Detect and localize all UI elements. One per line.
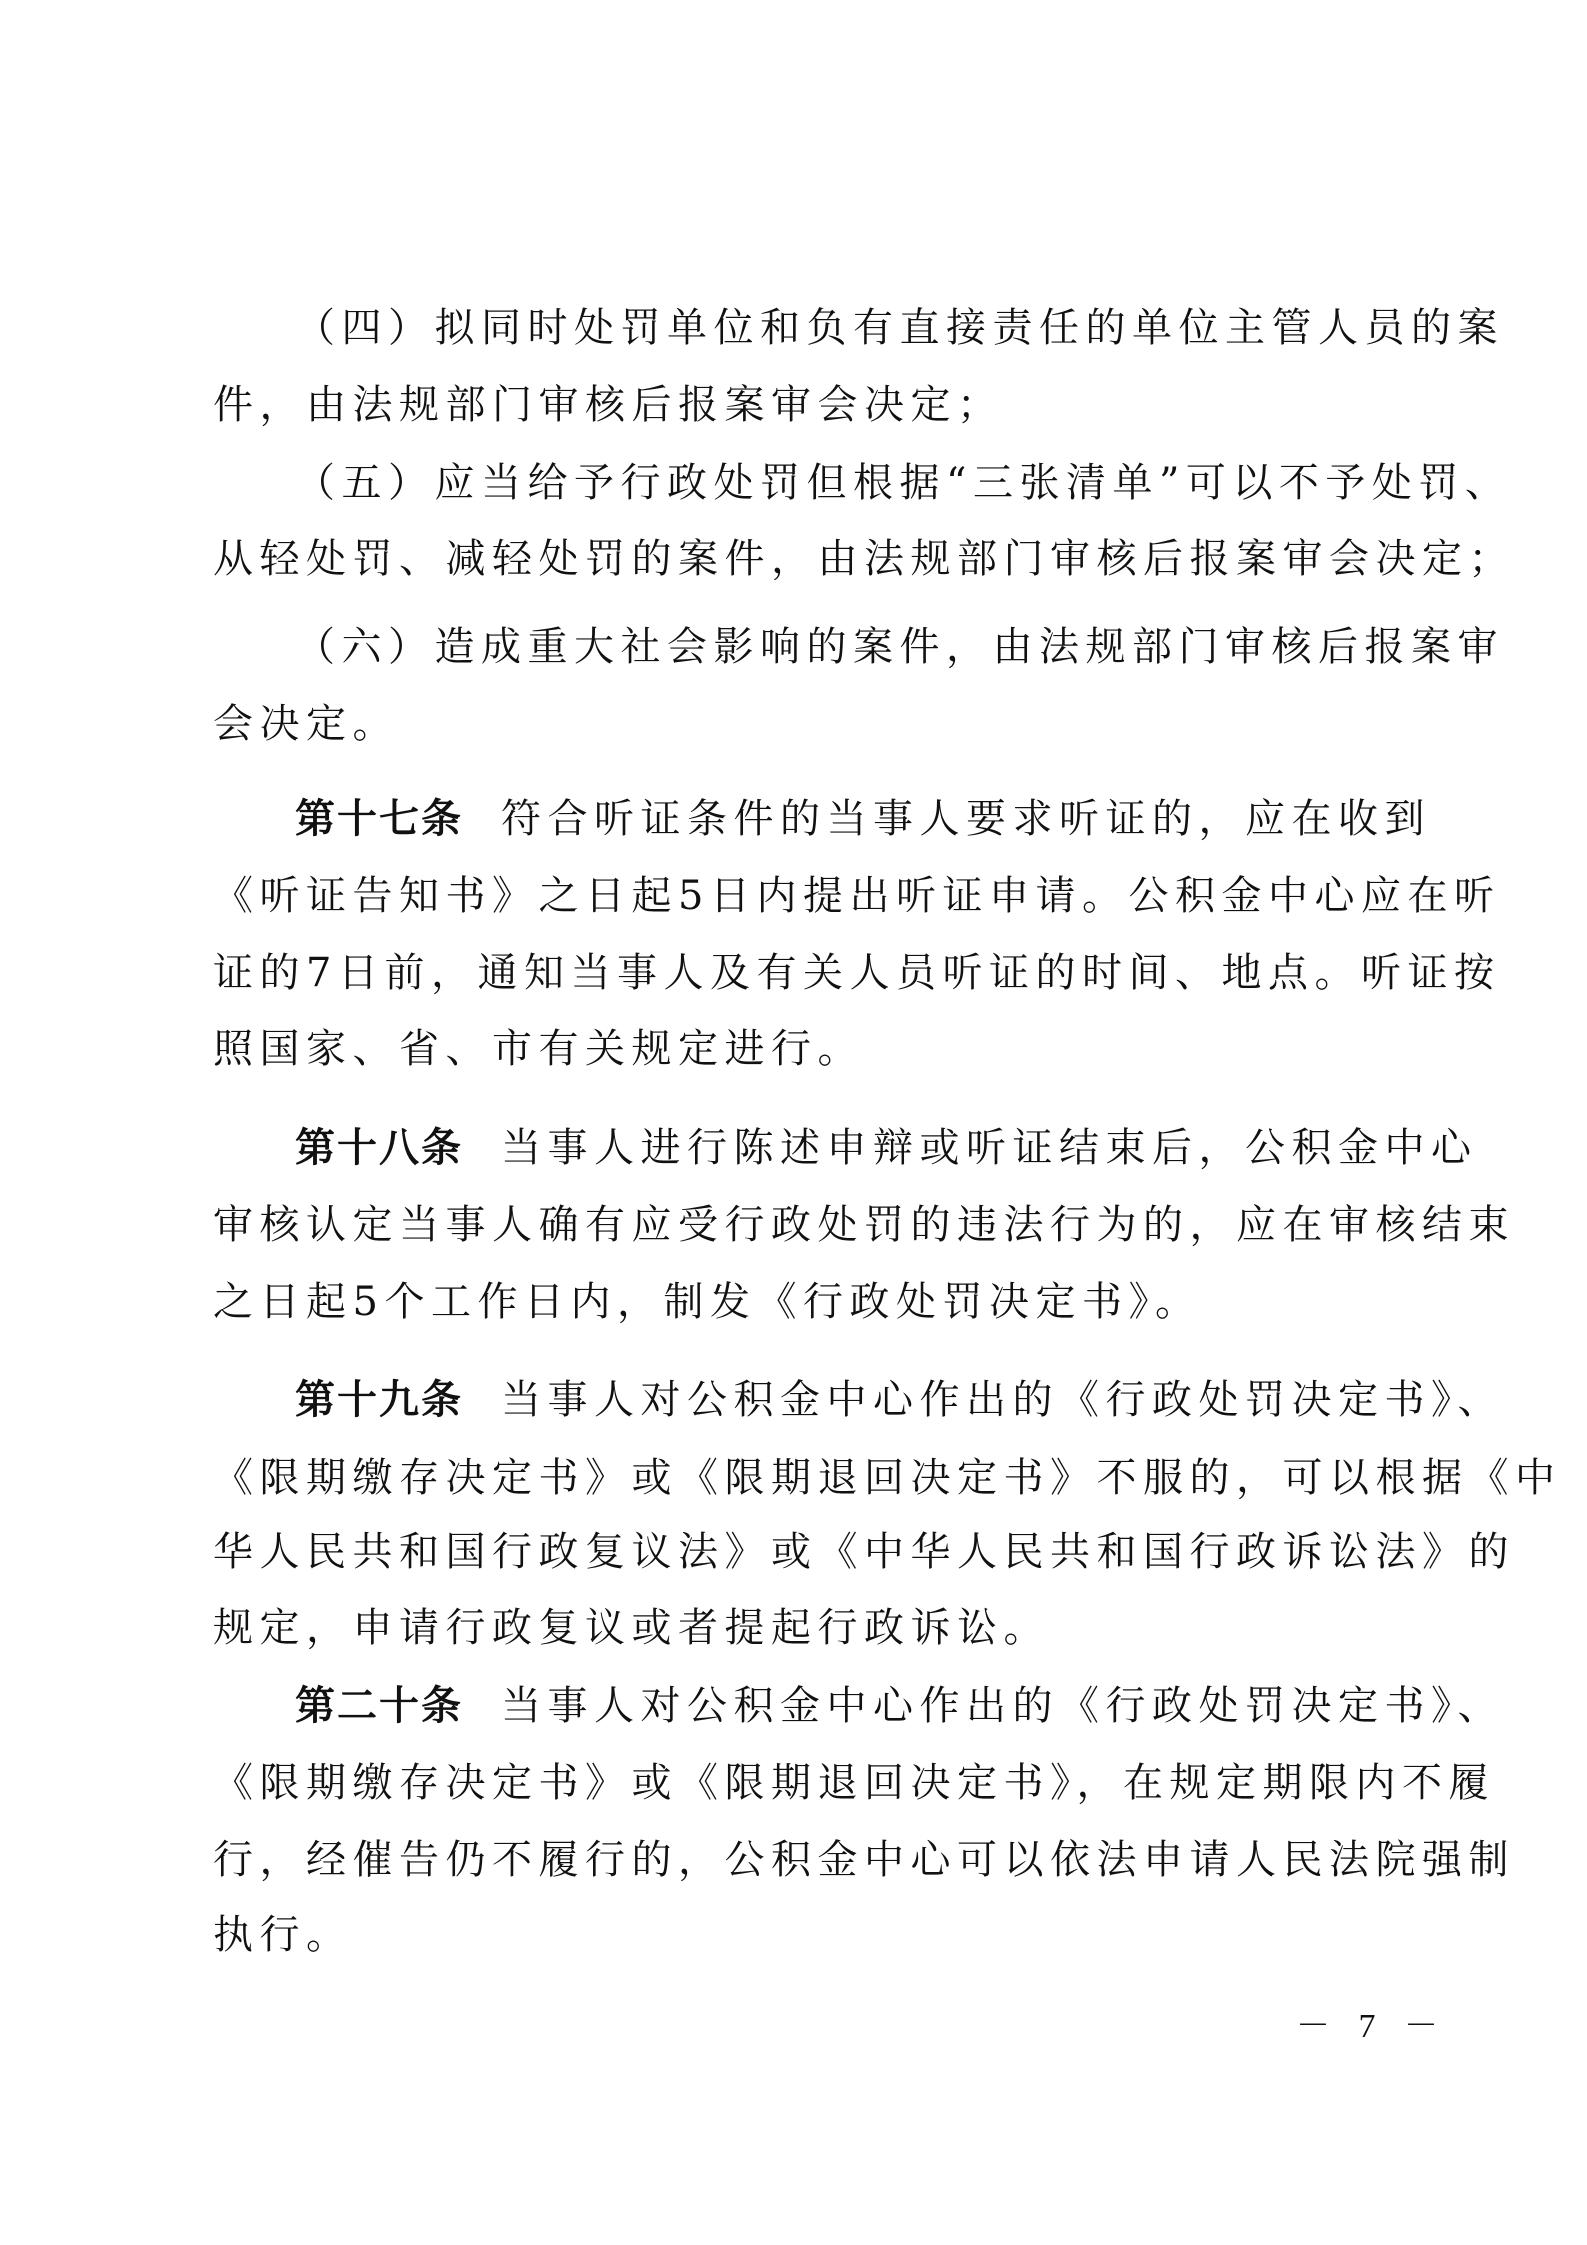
text-line: 行，经催告仍不履行的，公积金中心可以依法申请人民法院强制 [213,1836,1393,1884]
text-line: 会决定。 [213,700,1393,748]
text-line: 之日起5个工作日内，制发《行政处罚决定书》。 [213,1278,1393,1326]
article-heading: 第二十条 [295,1683,463,1729]
line-text: （四）拟同时处罚单位和负有直接责任的单位主管人员的案 [295,305,1504,351]
text-line: 照国家、省、市有关规定进行。 [213,1025,1393,1073]
article-paragraph-start: 第十七条符合听证条件的当事人要求听证的，应在收到 [295,795,1393,843]
line-text: （五）应当给予行政处罚但根据“三张清单”可以不予处罚、 [295,460,1511,506]
page-number: － 7 － [1296,1998,1448,2047]
line-text: 符合听证条件的当事人要求听证的，应在收到 [501,796,1431,842]
text-line: 规定，申请行政复议或者提起行政诉讼。 [213,1604,1393,1652]
text-line: 执行。 [213,1911,1393,1959]
text-line: 《限期缴存决定书》或《限期退回决定书》不服的，可以根据《中 [213,1454,1393,1502]
line-text: 当事人对公积金中心作出的《行政处罚决定书》、 [501,1683,1504,1729]
article-paragraph-start: 第十八条当事人进行陈述申辩或听证结束后，公积金中心 [295,1124,1393,1172]
line-text: 执行。 [213,1912,353,1958]
text-line: （四）拟同时处罚单位和负有直接责任的单位主管人员的案 [295,304,1393,352]
line-text: 之日起5个工作日内，制发《行政处罚决定书》。 [213,1279,1201,1325]
line-text: 当事人对公积金中心作出的《行政处罚决定书》、 [501,1377,1504,1423]
article-heading: 第十九条 [295,1377,463,1423]
line-text: 从轻处罚、减轻处罚的案件，由法规部门审核后报案审会决定； [213,536,1515,582]
line-text: 《限期缴存决定书》或《限期退回决定书》不服的，可以根据《中 [213,1455,1562,1501]
text-line: 从轻处罚、减轻处罚的案件，由法规部门审核后报案审会决定； [213,535,1393,583]
article-heading: 第十七条 [295,796,463,842]
document-page: （四）拟同时处罚单位和负有直接责任的单位主管人员的案件，由法规部门审核后报案审会… [0,0,1587,2245]
text-line: （六）造成重大社会影响的案件，由法规部门审核后报案审 [295,623,1393,671]
text-line: 件，由法规部门审核后报案审会决定； [213,381,1393,429]
line-text: 当事人进行陈述申辩或听证结束后，公积金中心 [501,1125,1478,1171]
line-text: 规定，申请行政复议或者提起行政诉讼。 [213,1605,1050,1651]
line-text: 华人民共和国行政复议法》或《中华人民共和国行政诉讼法》的 [213,1529,1515,1575]
line-text: 审核认定当事人确有应受行政处罚的违法行为的，应在审核结束 [213,1202,1515,1248]
line-text: 件，由法规部门审核后报案审会决定； [213,382,1004,428]
text-line: 证的7日前，通知当事人及有关人员听证的时间、地点。听证按 [213,949,1393,997]
text-line: 审核认定当事人确有应受行政处罚的违法行为的，应在审核结束 [213,1201,1393,1249]
article-paragraph-start: 第十九条当事人对公积金中心作出的《行政处罚决定书》、 [295,1376,1393,1424]
text-line: 《限期缴存决定书》或《限期退回决定书》，在规定期限内不履 [213,1759,1393,1807]
article-paragraph-start: 第二十条当事人对公积金中心作出的《行政处罚决定书》、 [295,1682,1393,1730]
line-text: 照国家、省、市有关规定进行。 [213,1026,864,1072]
line-text: （六）造成重大社会影响的案件，由法规部门审核后报案审 [295,624,1504,670]
text-line: 《听证告知书》之日起5日内提出听证申请。公积金中心应在听 [213,872,1393,920]
line-text: 《限期缴存决定书》或《限期退回决定书》，在规定期限内不履 [213,1760,1495,1806]
article-heading: 第十八条 [295,1125,463,1171]
text-line: （五）应当给予行政处罚但根据“三张清单”可以不予处罚、 [295,459,1393,507]
text-line: 华人民共和国行政复议法》或《中华人民共和国行政诉讼法》的 [213,1528,1393,1576]
line-text: 《听证告知书》之日起5日内提出听证申请。公积金中心应在听 [213,873,1500,919]
line-text: 会决定。 [213,701,399,747]
line-text: 行，经催告仍不履行的，公积金中心可以依法申请人民法院强制 [213,1837,1515,1883]
line-text: 证的7日前，通知当事人及有关人员听证的时间、地点。听证按 [213,950,1500,996]
